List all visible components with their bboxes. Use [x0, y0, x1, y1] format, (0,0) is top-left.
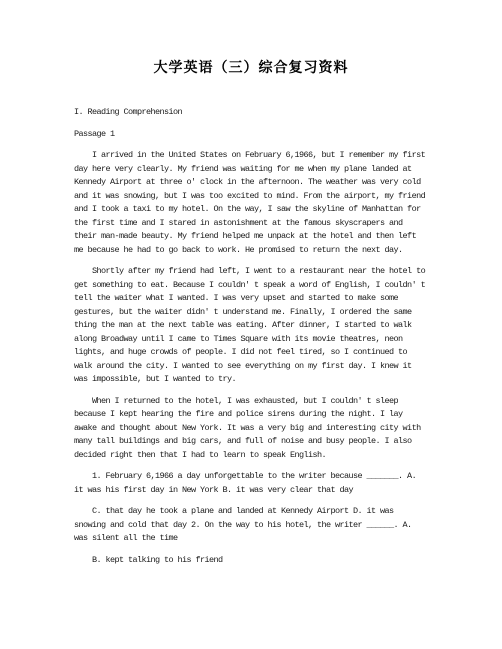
question-1-with-options-ab: 1. February 6,1966 a day unforgettable t…: [74, 470, 432, 497]
passage-paragraph-1: I arrived in the United States on Februa…: [74, 149, 432, 257]
passage-label: Passage 1: [74, 128, 432, 142]
section-heading-reading-comprehension: I. Reading Comprehension: [74, 106, 432, 120]
document-body: I. Reading Comprehension Passage 1 I arr…: [0, 77, 502, 567]
question-2-option-b: B. kept talking to his friend: [74, 554, 432, 568]
passage-paragraph-3: When I returned to the hotel, I was exha…: [74, 395, 432, 463]
passage-paragraph-2: Shortly after my friend had left, I went…: [74, 265, 432, 387]
document-page: 大学英语（三）综合复习资料 I. Reading Comprehension P…: [0, 0, 502, 649]
document-title: 大学英语（三）综合复习资料: [0, 57, 502, 77]
question-1-options-cd-question-2-option-a: C. that day he took a plane and landed a…: [74, 505, 432, 546]
